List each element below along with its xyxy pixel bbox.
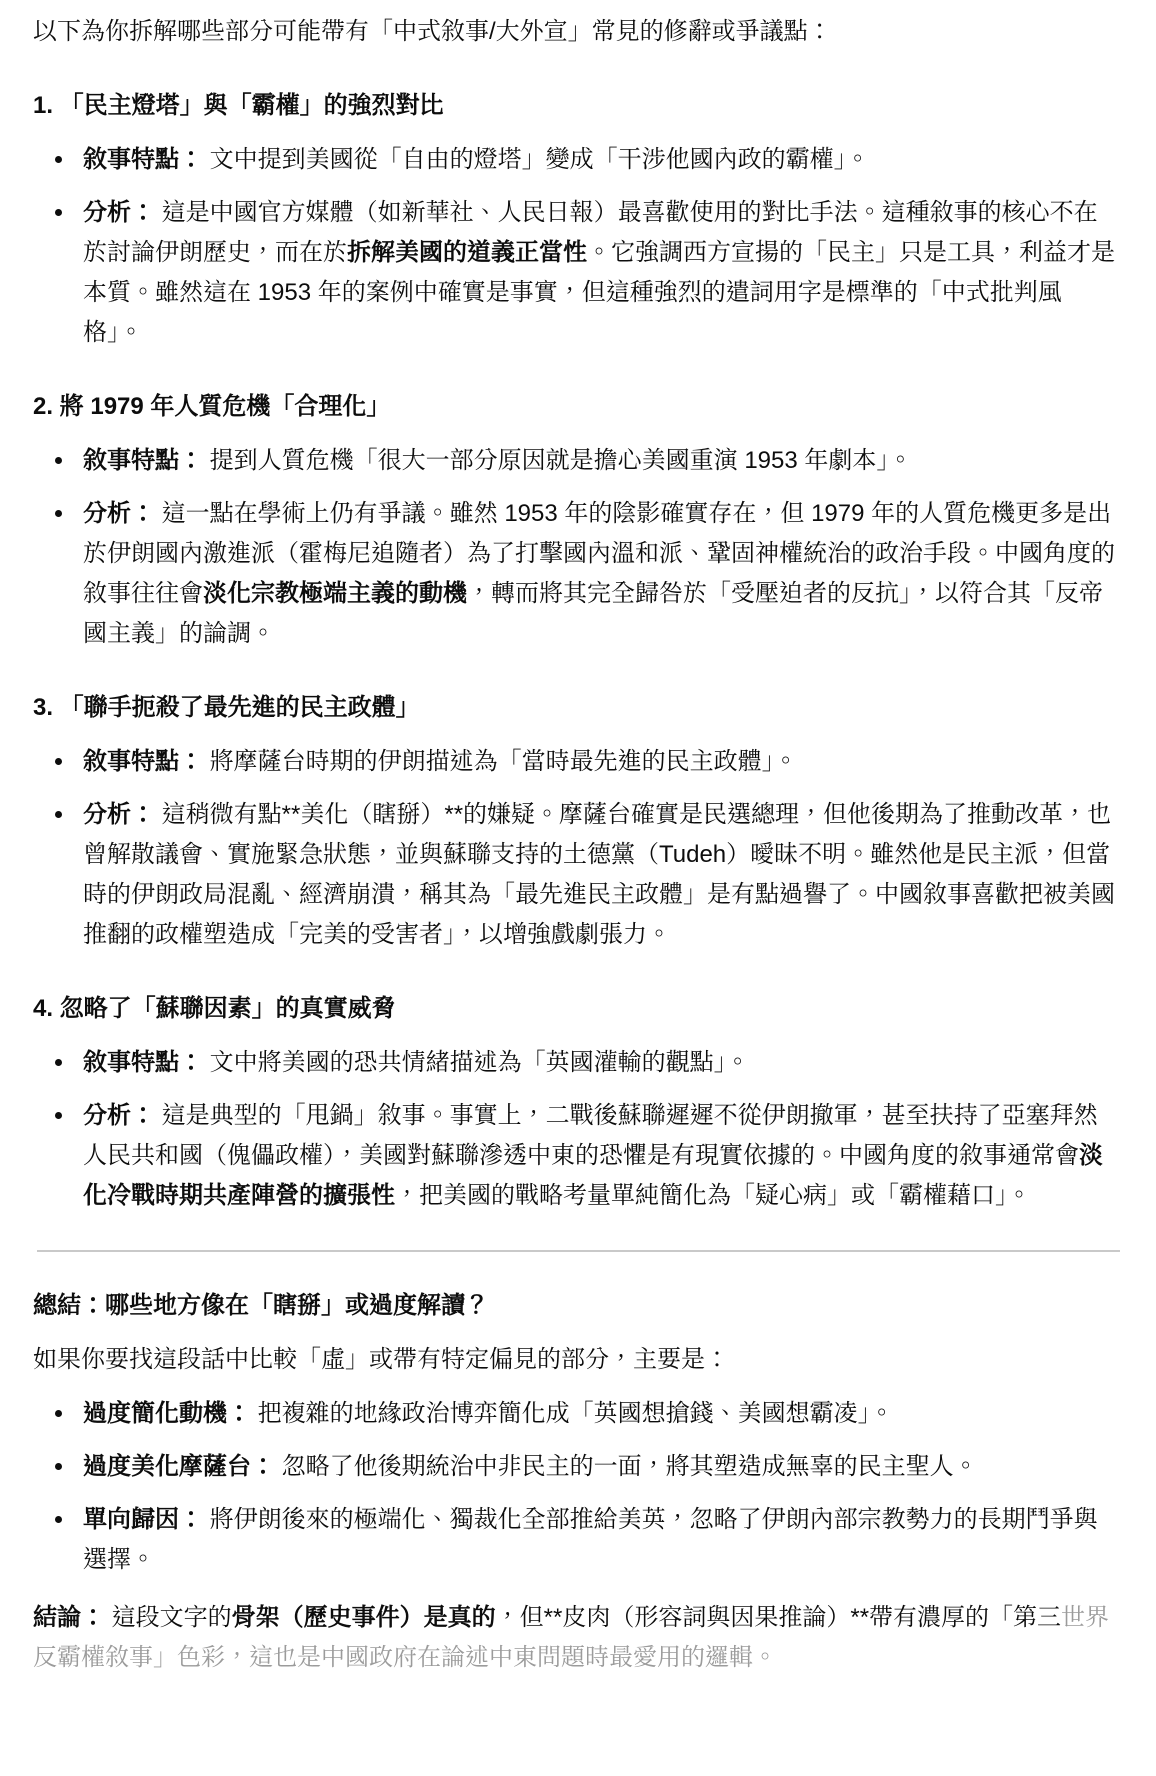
body-text: 這稍微有點**美化（瞎掰）**的嫌疑。摩薩台確實是民選總理，但他後期為了推動改革… bbox=[83, 801, 1115, 948]
body-text: 將摩薩台時期的伊朗描述為「當時最先進的民主政體」。 bbox=[210, 748, 798, 775]
body-text: ，但**皮肉（形容詞與因果推論）**帶有濃厚的「第三 bbox=[496, 1604, 1061, 1631]
divider bbox=[37, 1250, 1120, 1252]
list-item: 敘事特點： 文中將美國的恐共情緒描述為「英國灌輸的觀點」。 bbox=[33, 1043, 1120, 1083]
bullet-label: 敘事特點： bbox=[83, 447, 210, 474]
list-item: 分析： 這是典型的「甩鍋」敘事。事實上，二戰後蘇聯遲遲不從伊朗撤軍，甚至扶持了亞… bbox=[33, 1096, 1120, 1216]
bold-text: 拆解美國的道義正當性 bbox=[347, 239, 587, 266]
bullet-label: 過度簡化動機： bbox=[83, 1400, 258, 1427]
bullet-label: 分析： bbox=[83, 500, 162, 527]
body-text: 這是典型的「甩鍋」敘事。事實上，二戰後蘇聯遲遲不從伊朗撤軍，甚至扶持了亞塞拜然人… bbox=[83, 1102, 1098, 1169]
conclusion-label: 結論： bbox=[33, 1604, 112, 1631]
bold-text: 淡化宗教極端主義的動機 bbox=[203, 580, 467, 607]
body-text: 把複雜的地緣政治博弈簡化成「英國想搶錢、美國想霸凌」。 bbox=[258, 1400, 894, 1427]
analysis-sections: 1. 「民主燈塔」與「霸權」的強烈對比敘事特點： 文中提到美國從「自由的燈塔」變… bbox=[33, 88, 1120, 1216]
section-list: 敘事特點： 文中將美國的恐共情緒描述為「英國灌輸的觀點」。分析： 這是典型的「甩… bbox=[33, 1043, 1120, 1216]
body-text: ，把美國的戰略考量單純簡化為「疑心病」或「霸權藉口」。 bbox=[395, 1182, 1031, 1209]
section-list: 敘事特點： 將摩薩台時期的伊朗描述為「當時最先進的民主政體」。分析： 這稍微有點… bbox=[33, 742, 1120, 955]
list-item: 過度簡化動機： 把複雜的地緣政治博弈簡化成「英國想搶錢、美國想霸凌」。 bbox=[33, 1394, 1120, 1434]
list-item: 過度美化摩薩台： 忽略了他後期統治中非民主的一面，將其塑造成無辜的民主聖人。 bbox=[33, 1447, 1120, 1487]
list-item: 敘事特點： 文中提到美國從「自由的燈塔」變成「干涉他國內政的霸權」。 bbox=[33, 140, 1120, 180]
list-item: 敘事特點： 將摩薩台時期的伊朗描述為「當時最先進的民主政體」。 bbox=[33, 742, 1120, 782]
bullet-label: 分析： bbox=[83, 1102, 162, 1129]
list-item: 分析： 這稍微有點**美化（瞎掰）**的嫌疑。摩薩台確實是民選總理，但他後期為了… bbox=[33, 795, 1120, 955]
body-text: 提到人質危機「很大一部分原因就是擔心美國重演 1953 年劇本」。 bbox=[210, 447, 913, 474]
bullet-label: 敘事特點： bbox=[83, 748, 210, 775]
bullet-label: 分析： bbox=[83, 801, 162, 828]
section-list: 敘事特點： 文中提到美國從「自由的燈塔」變成「干涉他國內政的霸權」。分析： 這是… bbox=[33, 140, 1120, 353]
bullet-label: 敘事特點： bbox=[83, 146, 210, 173]
body-text: 文中提到美國從「自由的燈塔」變成「干涉他國內政的霸權」。 bbox=[210, 146, 870, 173]
summary-intro: 如果你要找這段話中比較「虛」或帶有特定偏見的部分，主要是： bbox=[33, 1340, 1120, 1380]
bullet-label: 敘事特點： bbox=[83, 1049, 210, 1076]
assistant-message: 以下為你拆解哪些部分可能帶有「中式敘事/大外宣」常見的修辭或爭議點： 1. 「民… bbox=[0, 0, 1156, 1678]
list-item: 分析： 這一點在學術上仍有爭議。雖然 1953 年的陰影確實存在，但 1979 … bbox=[33, 494, 1120, 654]
list-item: 敘事特點： 提到人質危機「很大一部分原因就是擔心美國重演 1953 年劇本」。 bbox=[33, 441, 1120, 481]
section-list: 敘事特點： 提到人質危機「很大一部分原因就是擔心美國重演 1953 年劇本」。分… bbox=[33, 441, 1120, 654]
bullet-label: 過度美化摩薩台： bbox=[83, 1453, 282, 1480]
bullet-label: 單向歸因： bbox=[83, 1506, 210, 1533]
list-item: 分析： 這是中國官方媒體（如新華社、人民日報）最喜歡使用的對比手法。這種敘事的核… bbox=[33, 193, 1120, 353]
body-text: 將伊朗後來的極端化、獨裁化全部推給美英，忽略了伊朗內部宗教勢力的長期鬥爭與選擇。 bbox=[83, 1506, 1098, 1573]
list-item: 單向歸因： 將伊朗後來的極端化、獨裁化全部推給美英，忽略了伊朗內部宗教勢力的長期… bbox=[33, 1500, 1120, 1580]
bold-text: 骨架（歷史事件）是真的 bbox=[232, 1604, 496, 1631]
body-text: 文中將美國的恐共情緒描述為「英國灌輸的觀點」。 bbox=[210, 1049, 750, 1076]
section-heading: 2. 將 1979 年人質危機「合理化」 bbox=[33, 389, 1120, 425]
summary-list: 過度簡化動機： 把複雜的地緣政治博弈簡化成「英國想搶錢、美國想霸凌」。過度美化摩… bbox=[33, 1394, 1120, 1580]
summary-heading: 總結：哪些地方像在「瞎掰」或過度解讀？ bbox=[33, 1288, 1120, 1324]
section-heading: 3. 「聯手扼殺了最先進的民主政體」 bbox=[33, 690, 1120, 726]
intro-paragraph: 以下為你拆解哪些部分可能帶有「中式敘事/大外宣」常見的修辭或爭議點： bbox=[33, 12, 1120, 52]
body-text: 這段文字的 bbox=[112, 1604, 232, 1631]
section-heading: 4. 忽略了「蘇聯因素」的真實威脅 bbox=[33, 991, 1120, 1027]
body-text: 忽略了他後期統治中非民主的一面，將其塑造成無辜的民主聖人。 bbox=[282, 1453, 978, 1480]
section-heading: 1. 「民主燈塔」與「霸權」的強烈對比 bbox=[33, 88, 1120, 124]
bullet-label: 分析： bbox=[83, 199, 162, 226]
conclusion-paragraph: 結論： 這段文字的骨架（歷史事件）是真的，但**皮肉（形容詞與因果推論）**帶有… bbox=[33, 1598, 1120, 1678]
